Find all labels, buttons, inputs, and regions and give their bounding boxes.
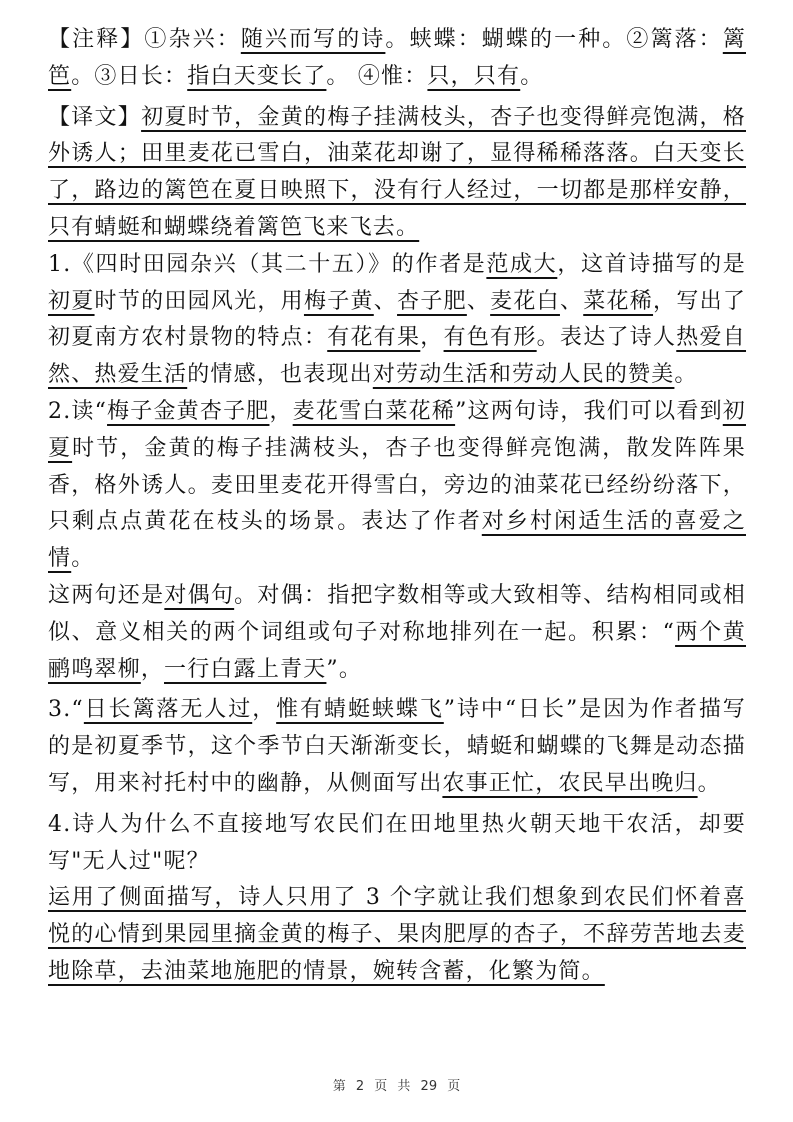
text-run: 。表达了诗人 bbox=[537, 325, 677, 350]
text-run: 时节的田园风光，用 bbox=[95, 289, 304, 314]
underlined-answer: 只，只有 bbox=[427, 64, 520, 89]
question-2-body: 2.读“梅子金黄杏子肥，麦花雪白菜花稀”这两句诗，我们可以看到初夏时节，金黄的梅… bbox=[48, 399, 746, 571]
question-4-text: 4.诗人为什么不直接地写农民们在田地里热火朝天地干农活，却要写"无人过"呢？ bbox=[48, 812, 746, 874]
annotation-paragraph: 【注释】①杂兴：随兴而写的诗。蛱蝶：蝴蝶的一种。②篱落：篱笆。③日长：指白天变长… bbox=[48, 22, 746, 96]
text-run: 。 bbox=[698, 771, 721, 796]
text-run: ， bbox=[252, 697, 276, 722]
question-1-body: 1.《四时田园杂兴（其二十五）》的作者是范成大，这首诗描写的是初夏时节的田园风光… bbox=[48, 252, 746, 387]
text-run: ①杂兴： bbox=[144, 27, 240, 52]
question-2: 2.读“梅子金黄杏子肥，麦花雪白菜花稀”这两句诗，我们可以看到初夏时节，金黄的梅… bbox=[48, 394, 746, 578]
underlined-answer: 杏子肥 bbox=[397, 289, 467, 314]
question-1: 1.《四时田园杂兴（其二十五）》的作者是范成大，这首诗描写的是初夏时节的田园风光… bbox=[48, 247, 746, 394]
underlined-answer: 有花有果 bbox=[327, 325, 420, 350]
text-run: 2.读“ bbox=[48, 399, 107, 424]
couplet-note-body: 这两句还是对偶句。对偶：指把字数相等或大致相等、结构相同或相似、意义相关的两个词… bbox=[48, 583, 746, 682]
document-page: 【注释】①杂兴：随兴而写的诗。蛱蝶：蝴蝶的一种。②篱落：篱笆。③日长：指白天变长… bbox=[48, 22, 746, 991]
underlined-answer: 初夏 bbox=[48, 289, 95, 314]
underlined-answer: 梅子黄 bbox=[304, 289, 374, 314]
text-run: 。 ④惟： bbox=[326, 64, 427, 89]
text-run: 3.“ bbox=[48, 697, 84, 722]
underlined-answer: 一行白露上青天 bbox=[164, 657, 326, 682]
text-run: 。 bbox=[674, 362, 697, 387]
page-number: 第 2 页 共 29 页 bbox=[333, 1079, 460, 1094]
couplet-note: 这两句还是对偶句。对偶：指把字数相等或大致相等、结构相同或相似、意义相关的两个词… bbox=[48, 578, 746, 688]
text-run: 、 bbox=[560, 289, 583, 314]
text-run: 。蛱蝶：蝴蝶的一种。②篱落： bbox=[385, 27, 722, 52]
underlined-answer: 麦花白 bbox=[490, 289, 560, 314]
text-run: 、 bbox=[467, 289, 490, 314]
translation-paragraph: 【译文】初夏时节，金黄的梅子挂满枝头，杏子也变得鲜亮饱满，格外诱人；田里麦花已雪… bbox=[48, 100, 746, 247]
underlined-answer: 对偶句 bbox=[164, 583, 234, 608]
question-4-answer: 运用了侧面描写，诗人只用了 3 个字就让我们想象到农民们怀着喜悦的心情到果园里摘… bbox=[48, 880, 746, 990]
question-4-answer-text: 运用了侧面描写，诗人只用了 3 个字就让我们想象到农民们怀着喜悦的心情到果园里摘… bbox=[48, 885, 746, 984]
underlined-answer: 惟有蜻蜓蛱蝶飞 bbox=[276, 697, 444, 722]
text-run: ， bbox=[420, 325, 443, 350]
underlined-answer: 对劳动生活和劳动人民的赞美 bbox=[373, 362, 675, 387]
text-run: 的情感，也表现出 bbox=[187, 362, 373, 387]
underlined-answer: 菜花稀 bbox=[583, 289, 653, 314]
translation-text: 初夏时节，金黄的梅子挂满枝头，杏子也变得鲜亮饱满，格外诱人；田里麦花已雪白，油菜… bbox=[48, 105, 746, 240]
annotation-label: 【注释】 bbox=[48, 27, 144, 52]
text-run: 。 bbox=[520, 64, 543, 89]
underlined-answer: 范成大 bbox=[486, 252, 557, 277]
text-run: ， bbox=[141, 657, 164, 682]
underlined-answer: 麦花雪白菜花稀 bbox=[293, 399, 455, 424]
underlined-answer: 指白天变长了 bbox=[187, 64, 326, 89]
text-run: 、 bbox=[374, 289, 397, 314]
text-run: 。③日长： bbox=[71, 64, 187, 89]
text-run: ， bbox=[269, 399, 292, 424]
text-run: ”。 bbox=[326, 657, 362, 682]
underlined-answer: 梅子金黄杏子肥 bbox=[107, 399, 269, 424]
text-run: ”这两句诗，我们可以看到 bbox=[455, 399, 723, 424]
text-run: 1.《四时田园杂兴（其二十五）》的作者是 bbox=[48, 252, 486, 277]
underlined-answer: 农事正忙，农民早出晚归 bbox=[442, 771, 697, 796]
underlined-answer: 有色有形 bbox=[444, 325, 537, 350]
annotation-body: ①杂兴：随兴而写的诗。蛱蝶：蝴蝶的一种。②篱落：篱笆。③日长：指白天变长了。 ④… bbox=[48, 27, 746, 89]
text-run: 这两句还是 bbox=[48, 583, 164, 608]
question-3-body: 3.“日长篱落无人过，惟有蜻蜓蛱蝶飞”诗中“日长”是因为作者描写的是初夏季节，这… bbox=[48, 697, 746, 796]
text-run: 。 bbox=[71, 546, 94, 571]
underlined-answer: 日长篱落无人过 bbox=[84, 697, 252, 722]
question-4: 4.诗人为什么不直接地写农民们在田地里热火朝天地干农活，却要写"无人过"呢？ bbox=[48, 807, 746, 881]
question-3: 3.“日长篱落无人过，惟有蜻蜓蛱蝶飞”诗中“日长”是因为作者描写的是初夏季节，这… bbox=[48, 692, 746, 802]
underlined-answer: 随兴而写的诗 bbox=[241, 27, 386, 52]
translation-label: 【译文】 bbox=[48, 105, 141, 130]
page-footer: 第 2 页 共 29 页 bbox=[0, 1075, 793, 1094]
text-run: ，这首诗描写的是 bbox=[557, 252, 746, 277]
